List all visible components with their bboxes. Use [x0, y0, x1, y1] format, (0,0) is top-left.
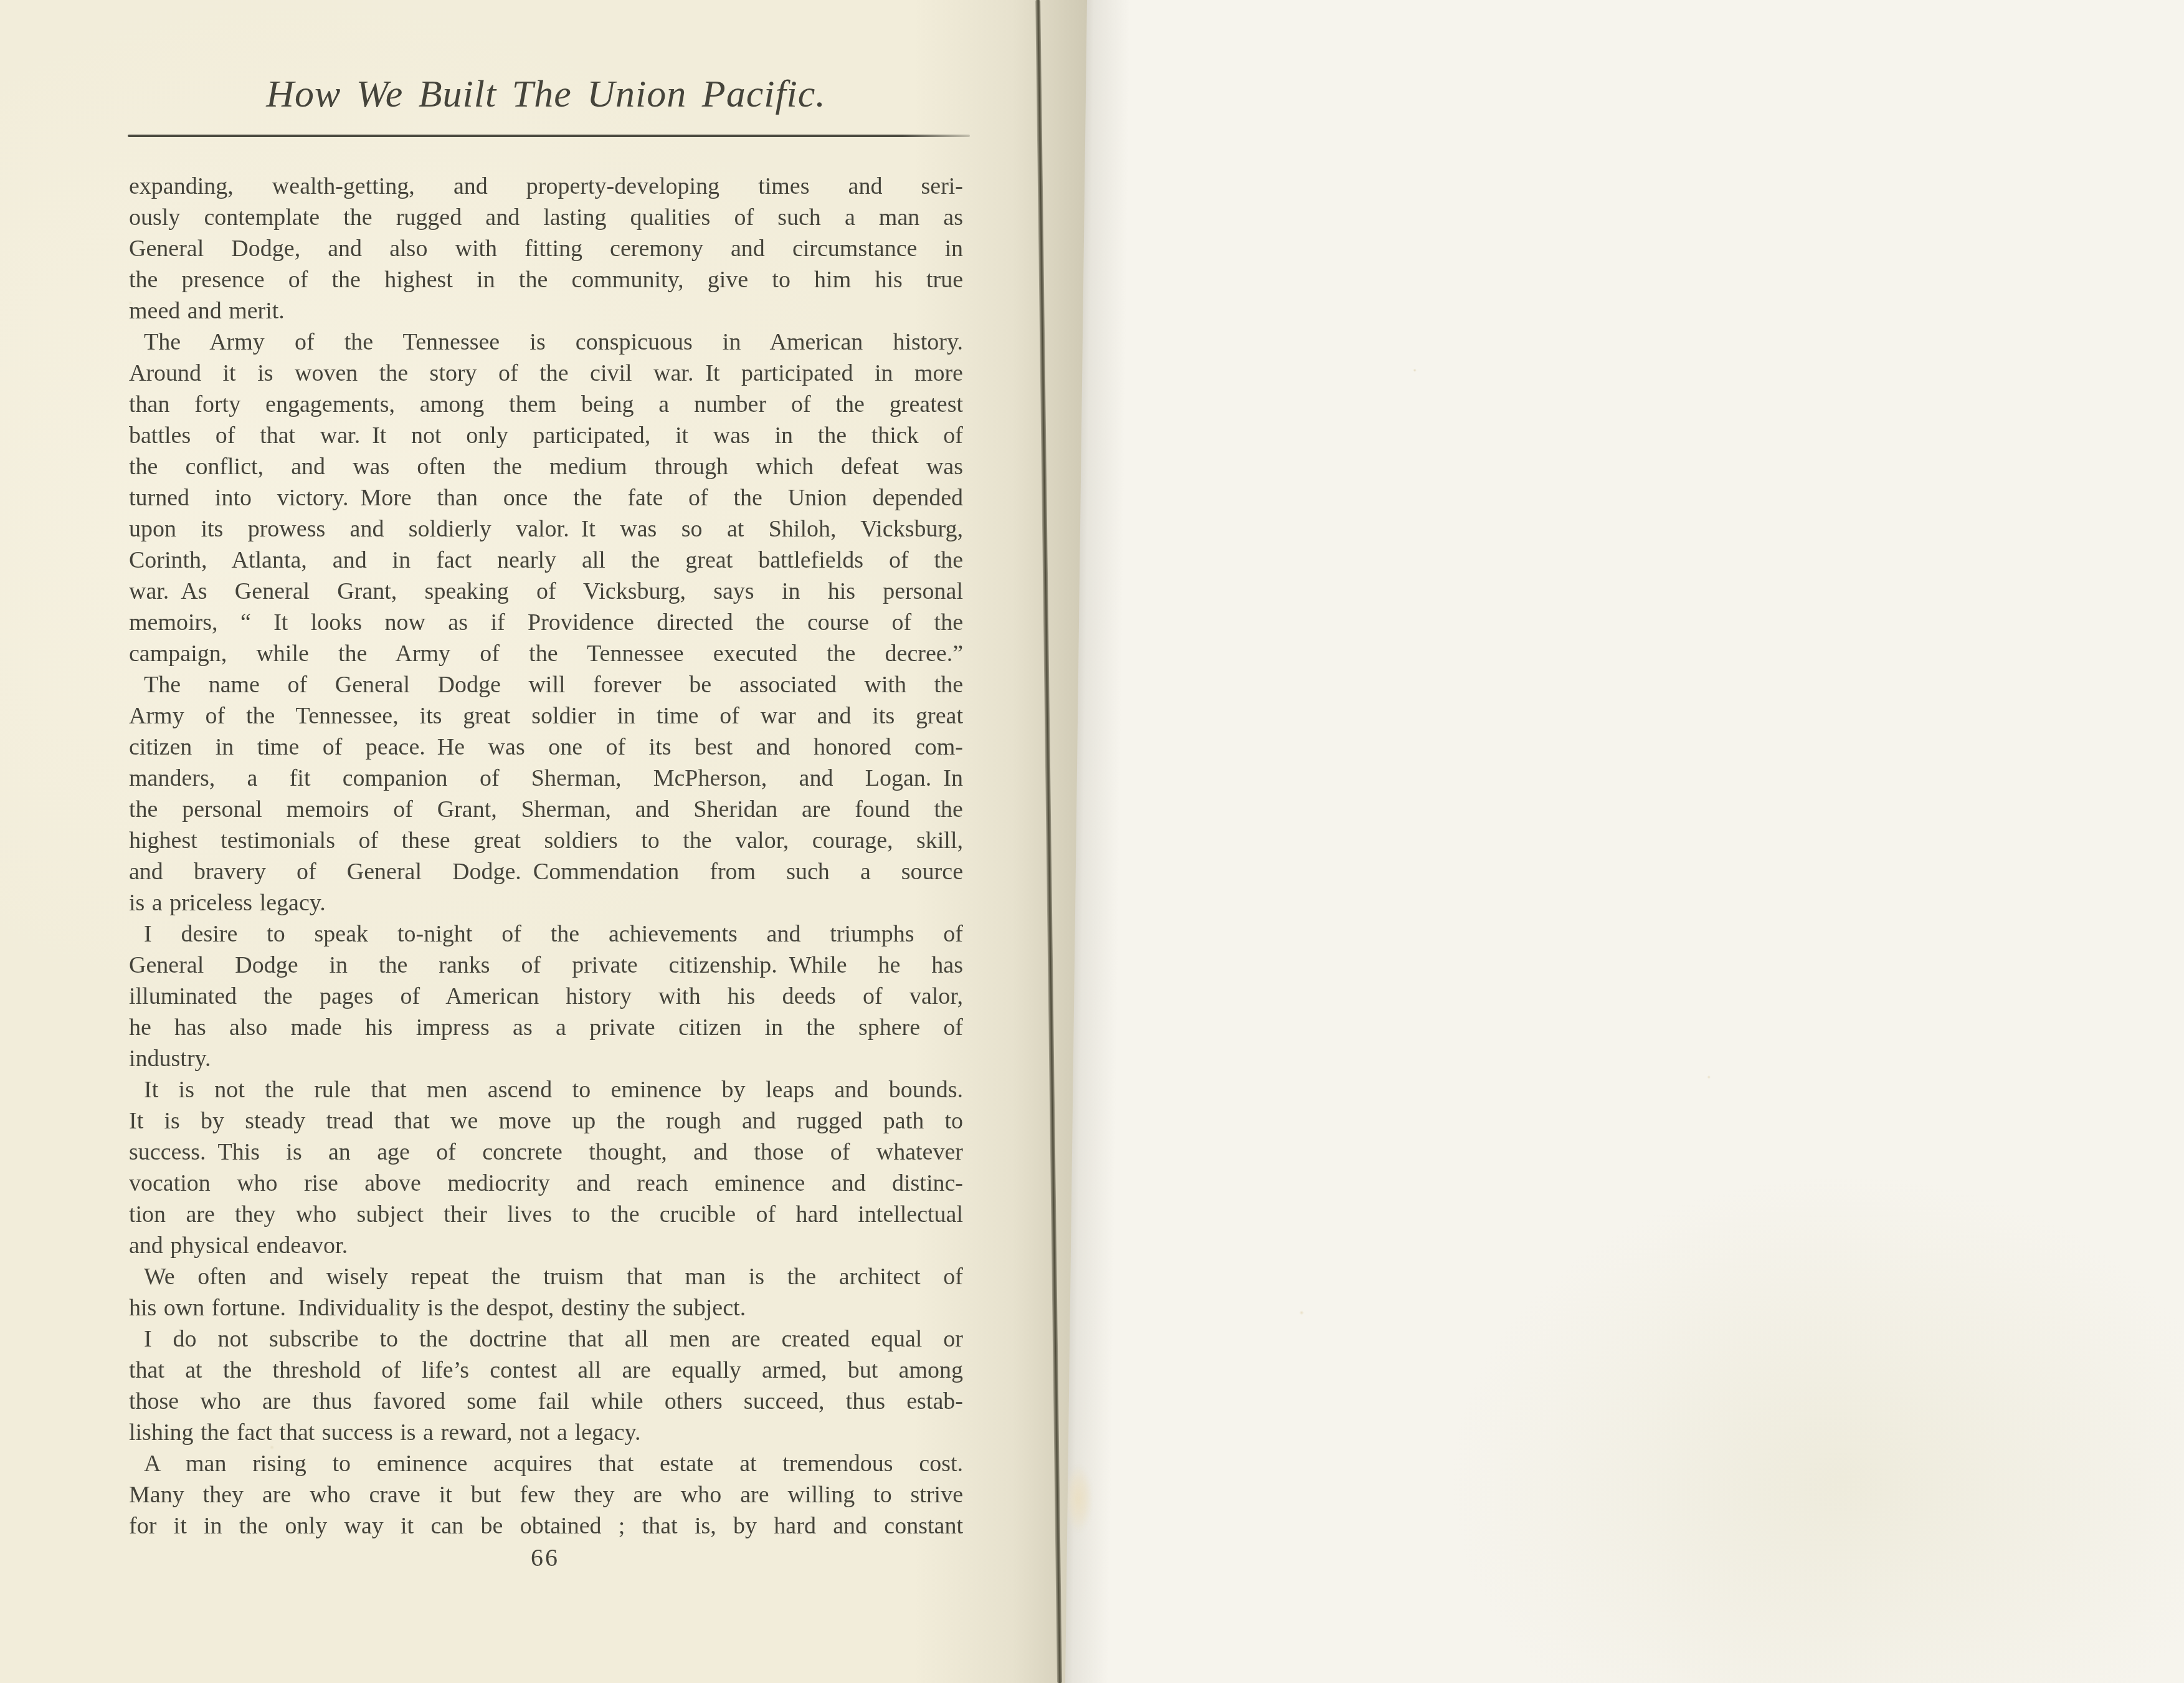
body-line: The name of General Dodge will forever b… — [129, 669, 963, 700]
gutter-shadow-left — [913, 0, 1094, 1683]
body-line: highest testimonials of these great sold… — [129, 825, 963, 856]
body-line: vocation who rise above mediocrity and r… — [129, 1168, 963, 1199]
body-line: I do not subscribe to the doctrine that … — [129, 1323, 963, 1355]
body-line: industry. — [129, 1043, 963, 1074]
body-line: expanding, wealth-getting, and property-… — [129, 171, 963, 202]
body-line: upon its prowess and soldierly valor. It… — [129, 513, 963, 545]
body-line: his own fortune. Individuality is the de… — [129, 1292, 963, 1323]
body-line: is a priceless legacy. — [129, 887, 963, 918]
body-line: illuminated the pages of American histor… — [129, 981, 963, 1012]
body-line: war. As General Grant, speaking of Vicks… — [129, 576, 963, 607]
body-line: General Dodge, and also with fitting cer… — [129, 233, 963, 264]
body-line: memoirs, “ It looks now as if Providence… — [129, 607, 963, 638]
paper-stain — [1064, 1464, 1093, 1533]
body-line: lishing the fact that success is a rewar… — [129, 1417, 963, 1448]
body-line: citizen in time of peace. He was one of … — [129, 732, 963, 763]
header-rule — [128, 135, 970, 137]
body-line: I desire to speak to-night of the achiev… — [129, 918, 963, 950]
body-line: It is not the rule that men ascend to em… — [129, 1074, 963, 1105]
body-line: turned into victory. More than once the … — [129, 482, 963, 513]
body-line: The Army of the Tennessee is conspicuous… — [129, 327, 963, 358]
body-line: the presence of the highest in the commu… — [129, 264, 963, 295]
running-header-title: How We Built The Union Pacific. — [129, 74, 963, 115]
body-line: battles of that war. It not only partici… — [129, 420, 963, 451]
body-text-block: expanding, wealth-getting, and property-… — [129, 171, 963, 1542]
body-line: tion are they who subject their lives to… — [129, 1199, 963, 1230]
body-line: and bravery of General Dodge. Commendati… — [129, 856, 963, 887]
body-line: Army of the Tennessee, its great soldier… — [129, 700, 963, 732]
body-line: than forty engagements, among them being… — [129, 389, 963, 420]
body-line: General Dodge in the ranks of private ci… — [129, 950, 963, 981]
body-line: A man rising to eminence acquires that e… — [129, 1448, 963, 1479]
right-page-blank — [1053, 0, 2184, 1683]
body-line: Many they are who crave it but few they … — [129, 1479, 963, 1510]
body-line: he has also made his impress as a privat… — [129, 1012, 963, 1043]
body-line: Corinth, Atlanta, and in fact nearly all… — [129, 545, 963, 576]
body-line: for it in the only way it can be obtaine… — [129, 1510, 963, 1542]
body-line: meed and merit. — [129, 295, 963, 327]
body-line: the personal memoirs of Grant, Sherman, … — [129, 794, 963, 825]
body-line: that at the threshold of life’s contest … — [129, 1355, 963, 1386]
body-line: those who are thus favored some fail whi… — [129, 1386, 963, 1417]
body-line: We often and wisely repeat the truism th… — [129, 1261, 963, 1292]
body-line: and physical endeavor. — [129, 1230, 963, 1261]
body-line: It is by steady tread that we move up th… — [129, 1105, 963, 1137]
left-page: How We Built The Union Pacific. expandin… — [0, 0, 1088, 1683]
book-spread: How We Built The Union Pacific. expandin… — [0, 0, 2184, 1683]
body-line: Around it is woven the story of the civi… — [129, 358, 963, 389]
body-line: success. This is an age of concrete thou… — [129, 1137, 963, 1168]
body-line: ously contemplate the rugged and lasting… — [129, 202, 963, 233]
page-number: 66 — [505, 1544, 586, 1571]
body-line: the conflict, and was often the medium t… — [129, 451, 963, 482]
body-line: manders, a fit companion of Sherman, McP… — [129, 763, 963, 794]
body-line: campaign, while the Army of the Tennesse… — [129, 638, 963, 669]
